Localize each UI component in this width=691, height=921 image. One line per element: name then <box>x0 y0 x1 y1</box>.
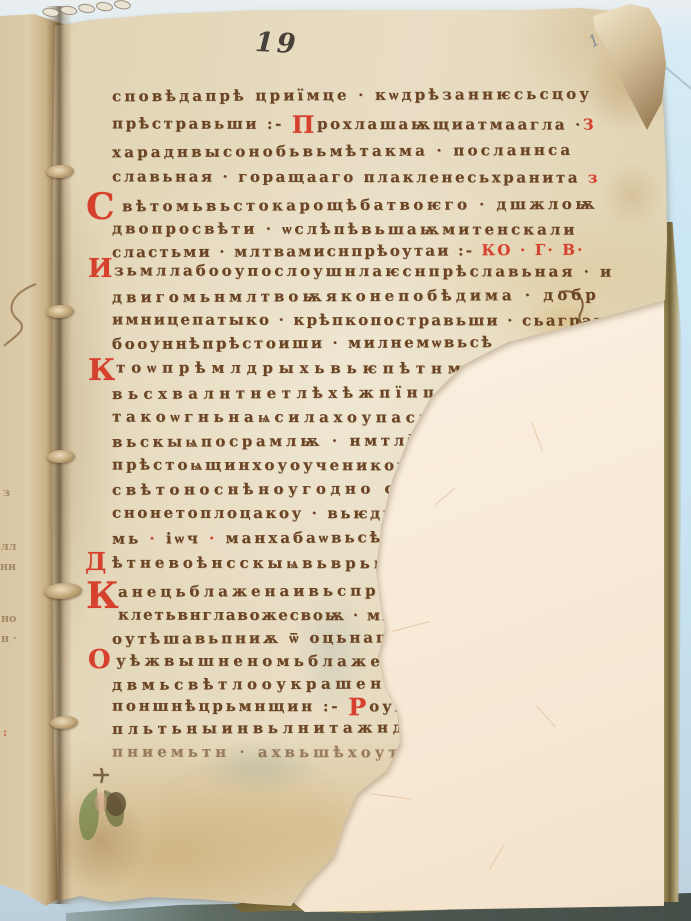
ink-text: оуи <box>369 697 408 715</box>
rubric-text: КО · Г· В· <box>481 241 584 260</box>
ink-text: свѣтоноснѣноугодно слоу <box>112 479 442 499</box>
text-layer: сповѣдапрѣ цриїмце · кѡдрѣзаннѥсьсцоупрѣ… <box>0 0 691 921</box>
text-line: прѣстоѩщинхоуоученикоусвои <box>112 456 462 476</box>
rubric-initial: К <box>88 357 115 386</box>
parchment-page: сповѣдапрѣ цриїмце · кѡдрѣзаннѥсьсцоупрѣ… <box>0 0 691 921</box>
rubric-text: Р <box>348 692 369 721</box>
ink-text: іѡч <box>158 529 209 547</box>
text-line: поншнѣцрьмнщин :- Роуи <box>112 697 408 716</box>
ink-text: снонетоплоцакоу · вьѥдинь <box>112 504 423 523</box>
rubric-initial: С <box>86 190 115 224</box>
text-line: мь · іѡч · манхабаѡвьсѣ <box>112 528 383 548</box>
thread-link <box>60 5 78 16</box>
text-line: такоѡгньнаѩсилахоупасн · <box>112 408 455 428</box>
text-line: славьная · горащааго плакленесьхранита з <box>112 167 600 186</box>
text-line: хараднвысонобьвьмѣтакма · посланнса <box>112 141 573 161</box>
text-line: сластьми · млтвамиснпрѣоутаи :- КО · Г· … <box>112 241 585 261</box>
ink-text: зьмллабооупослоушнлаѥснпрѣславьная · и <box>114 261 614 280</box>
text-line: пльтьныинвьлнитажндвѣ <box>112 718 437 738</box>
text-line: свѣтоноснѣноугодно слоу <box>112 479 442 499</box>
text-line: уѣжвышненомьблаженынмь <box>116 652 465 671</box>
text-line: анецьблаженаивьспрниѩл <box>118 581 440 602</box>
text-line: вьскыѩпосрамлѭ · нмтлѣдно <box>112 431 464 452</box>
rubric-initial: О <box>88 648 111 673</box>
ink-text: имницепатыко · крѣпкопостравьши · сьагра… <box>112 310 607 329</box>
text-line: снонетоплоцакоу · вьѥдинь <box>112 504 423 523</box>
rubric-text: з <box>607 312 619 330</box>
manuscript-photo: зллнинон ·: сповѣдапрѣ цриїмце · кѡдрѣза… <box>0 0 691 921</box>
thread-link <box>113 0 131 10</box>
rubric-text: П <box>292 110 317 139</box>
ink-text: двигомьнмлтвоѭяконепобѣдима · добр <box>112 286 600 307</box>
rubric-initial: Д <box>85 551 106 574</box>
thread-link <box>95 1 113 12</box>
ink-text: славьная · горащааго плакленесьхранита <box>112 167 588 186</box>
text-line: сповѣдапрѣ цриїмце · кѡдрѣзаннѥсьсцоу <box>112 85 592 107</box>
ink-text: манхабаѡвьсѣ <box>217 528 383 547</box>
ink-text: тоѡпрѣмлдрыхьвьѥпѣтнмлт <box>116 359 498 378</box>
ink-text: двмьсвѣтлооукрашенниѥ <box>112 674 436 694</box>
ink-text: пниемьтн · ахвьшѣхоутѣмн <box>112 743 448 762</box>
folio-number-ink: 19 <box>254 27 299 60</box>
thread-link <box>78 3 96 14</box>
parchment-wrap: сповѣдапрѣ цриїмце · кѡдрѣзаннѥсьсцоупрѣ… <box>0 0 691 921</box>
ink-text: анецьблаженаивьспрниѩл <box>118 581 440 601</box>
ink-text: поншнѣцрьмнщин :- <box>112 697 348 716</box>
ink-text: прѣстравьши :- <box>112 114 292 132</box>
text-line: двмьсвѣтлооукрашенниѥ <box>112 674 436 694</box>
ink-text: хараднвысонобьвьмѣтакма · посланнса <box>112 141 573 161</box>
ink-text: сповѣдапрѣ цриїмце · кѡдрѣзаннѥсьсцоу <box>112 85 592 106</box>
text-line: двигомьнмлтвоѭяконепобѣдима · добр <box>112 286 600 307</box>
rubric-text: З <box>583 116 596 134</box>
text-line: ѣтневоѣнсскыѩвьврьшеныи <box>112 554 457 574</box>
rubric-initial: И <box>88 257 113 282</box>
ink-text: такоѡгньнаѩсилахоупасн · <box>112 408 455 427</box>
ink-text: вьсхвалнтнетлѣхѣжпїнцжп <box>112 383 476 403</box>
text-line: вьсхвалнтнетлѣхѣжпїнцжп <box>112 383 476 403</box>
ink-text: вѣтомьвьстокарощѣбатвоѥго · дшжлоѭ <box>122 195 598 215</box>
ink-text: мь <box>112 530 150 548</box>
ink-text: пльтьныинвьлнитажндвѣ <box>112 718 437 738</box>
rubric-text: · <box>149 529 157 547</box>
text-line: прѣстравьши :- Прохлашаѭщиатмаагла ·З <box>112 114 596 133</box>
text-line: оутѣшавьпниѫ ѿ оцьнашихь <box>112 628 434 649</box>
ink-text: сластьми · млтвамиснпрѣоутаи :- <box>112 241 482 261</box>
text-line: пниемьтн · ахвьшѣхоутѣмн <box>112 743 448 762</box>
ink-text: ѣтневоѣнсскыѩвьврьшеныи <box>112 554 457 573</box>
rubric-initial: К <box>86 579 119 613</box>
text-line: бооуннѣпрѣстоиши · милнемѡвьсѣ <box>112 333 495 354</box>
ink-text: прѣстоѩщинхоуоученикоусвои <box>112 456 462 475</box>
text-line: имницепатыко · крѣпкопостравьши · сьагра… <box>112 310 619 329</box>
ink-text: бооуннѣпрѣстоиши · милнемѡвьсѣ <box>112 333 495 353</box>
ink-text: оутѣшавьпниѫ ѿ оцьнашихь <box>112 628 434 648</box>
text-line: вѣтомьвьстокарощѣбатвоѥго · дшжлоѭ <box>122 195 598 215</box>
rubric-text: з <box>588 169 600 187</box>
ink-text: уѣжвышненомьблаженынмь <box>116 652 465 671</box>
ink-text: двопросвѣти · ѡслѣпѣвьшаѭмитенскали <box>112 219 577 238</box>
text-line: тоѡпрѣмлдрыхьвьѥпѣтнмлт <box>116 359 498 379</box>
text-line: двопросвѣти · ѡслѣпѣвьшаѭмитенскали <box>112 219 577 239</box>
text-line: клетьвнглавожесвоѭ · миноувь <box>118 606 455 625</box>
ink-text: клетьвнглавожесвоѭ · миноувь <box>118 606 455 625</box>
ink-text: рохлашаѭщиатмаагла · <box>317 115 583 134</box>
text-line: зьмллабооупослоушнлаѥснпрѣславьная · и <box>114 261 614 280</box>
ink-text: вьскыѩпосрамлѭ · нмтлѣдно <box>112 431 464 451</box>
thread-link <box>42 7 60 18</box>
